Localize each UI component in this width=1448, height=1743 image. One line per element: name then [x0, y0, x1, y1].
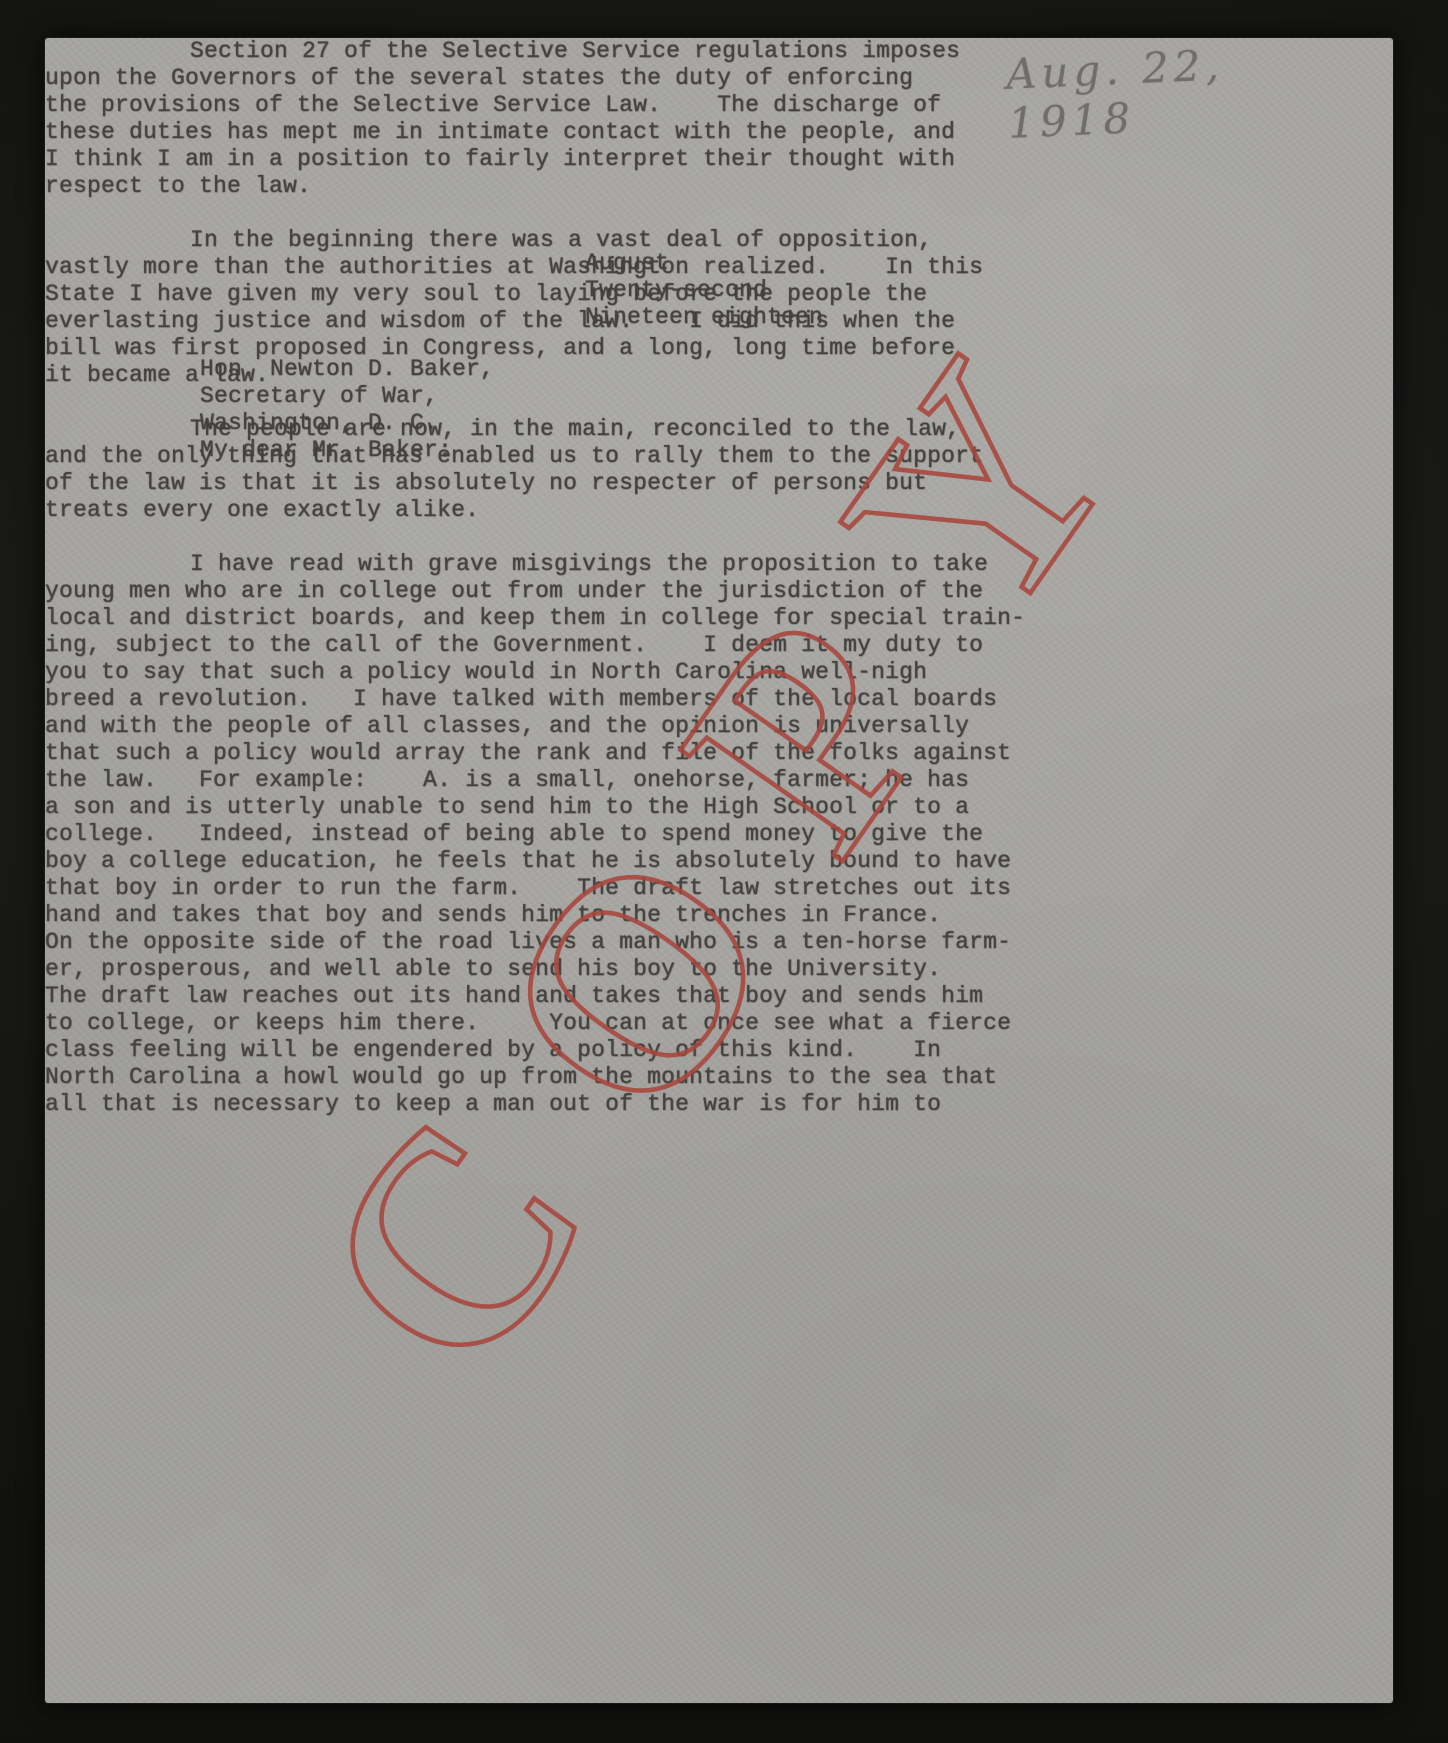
- letter-body: Section 27 of the Selective Service regu…: [45, 38, 1030, 1118]
- handwritten-date-note: Aug. 22, 1918: [1005, 34, 1369, 148]
- scan-background: { "document": { "handwritten_note": "Aug…: [0, 0, 1448, 1743]
- letter-page: Aug. 22, 1918 August Twenty-second Ninet…: [45, 38, 1393, 1703]
- recipient-address: Hon. Newton D. Baker, Secretary of War, …: [200, 356, 494, 437]
- date-block: August Twenty-second Nineteen eighteen: [585, 250, 823, 331]
- paragraph-3: The people are now, in the main, reconci…: [45, 416, 1030, 524]
- paragraph-4: I have read with grave misgivings the pr…: [45, 551, 1030, 1118]
- paragraph-1: Section 27 of the Selective Service regu…: [45, 38, 1030, 200]
- paragraph-2: In the beginning there was a vast deal o…: [45, 227, 1030, 389]
- salutation: My dear Mr. Baker:: [200, 437, 452, 464]
